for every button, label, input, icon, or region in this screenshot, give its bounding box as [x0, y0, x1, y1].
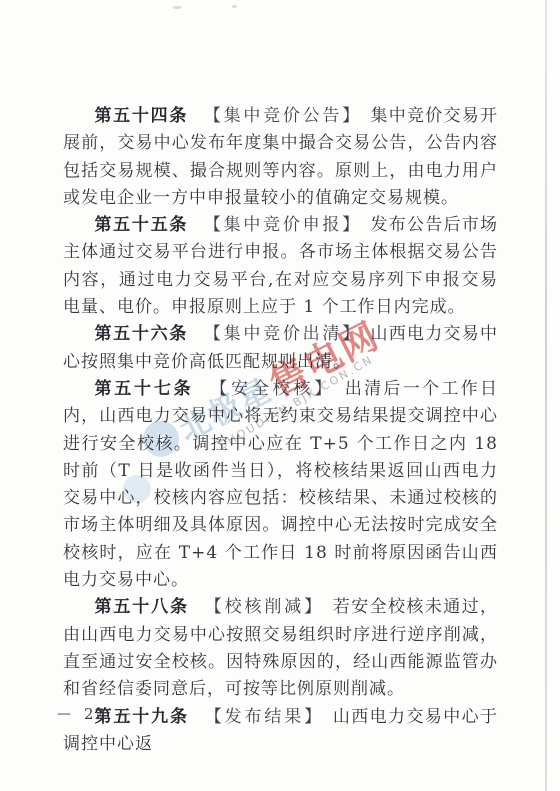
document-content: 第五十四条 【集中竞价公告】 集中竞价交易开展前，交易中心发布年度集中撮合交易公… — [63, 103, 498, 758]
document-page: ★ 北极星 售电网 SHOUDIAN.BJX.CON.CN 第五十四条 【集中竞… — [0, 0, 560, 791]
article-tag: 【安全校核】 — [210, 379, 335, 399]
scan-speck — [232, 5, 237, 8]
article-tag: 【集中竞价出清】 — [204, 324, 362, 344]
article-number: 第五十六条 — [94, 324, 188, 344]
article-number: 第五十五条 — [94, 215, 188, 235]
article-body: 出清后一个工作日内，山西电力交易中心将无约束交易结果提交调控中心进行安全校核。调… — [63, 379, 498, 590]
article-number: 第五十四条 — [94, 106, 188, 126]
article-57: 第五十七条 【安全校核】 出清后一个工作日内，山西电力交易中心将无约束交易结果提… — [63, 376, 498, 594]
article-54: 第五十四条 【集中竞价公告】 集中竞价交易开展前，交易中心发布年度集中撮合交易公… — [63, 103, 498, 212]
footer-left-dash: — — [57, 706, 72, 722]
article-tag: 【校核削减】 — [205, 597, 324, 617]
footer-right-dash: — — [117, 706, 132, 722]
article-tag: 【发布结果】 — [205, 707, 324, 727]
scan-edge-line — [545, 0, 547, 791]
article-tag: 【集中竞价公告】 — [204, 106, 362, 126]
scan-speck — [172, 6, 182, 9]
article-58: 第五十八条 【校核削减】 若安全校核未通过，由山西电力交易中心按照交易组织时序进… — [63, 594, 498, 703]
article-55: 第五十五条 【集中竞价申报】 发布公告后市场主体通过交易平台进行申报。各市场主体… — [63, 212, 498, 321]
page-number: 22 — [84, 705, 105, 723]
article-56: 第五十六条 【集中竞价出清】 山西电力交易中心按照集中竞价高低匹配规则出清。 — [63, 321, 498, 376]
page-footer: — 22 — — [57, 705, 132, 723]
article-tag: 【集中竞价申报】 — [204, 215, 362, 235]
article-number: 第五十七条 — [94, 379, 193, 399]
article-number: 第五十八条 — [94, 597, 188, 617]
